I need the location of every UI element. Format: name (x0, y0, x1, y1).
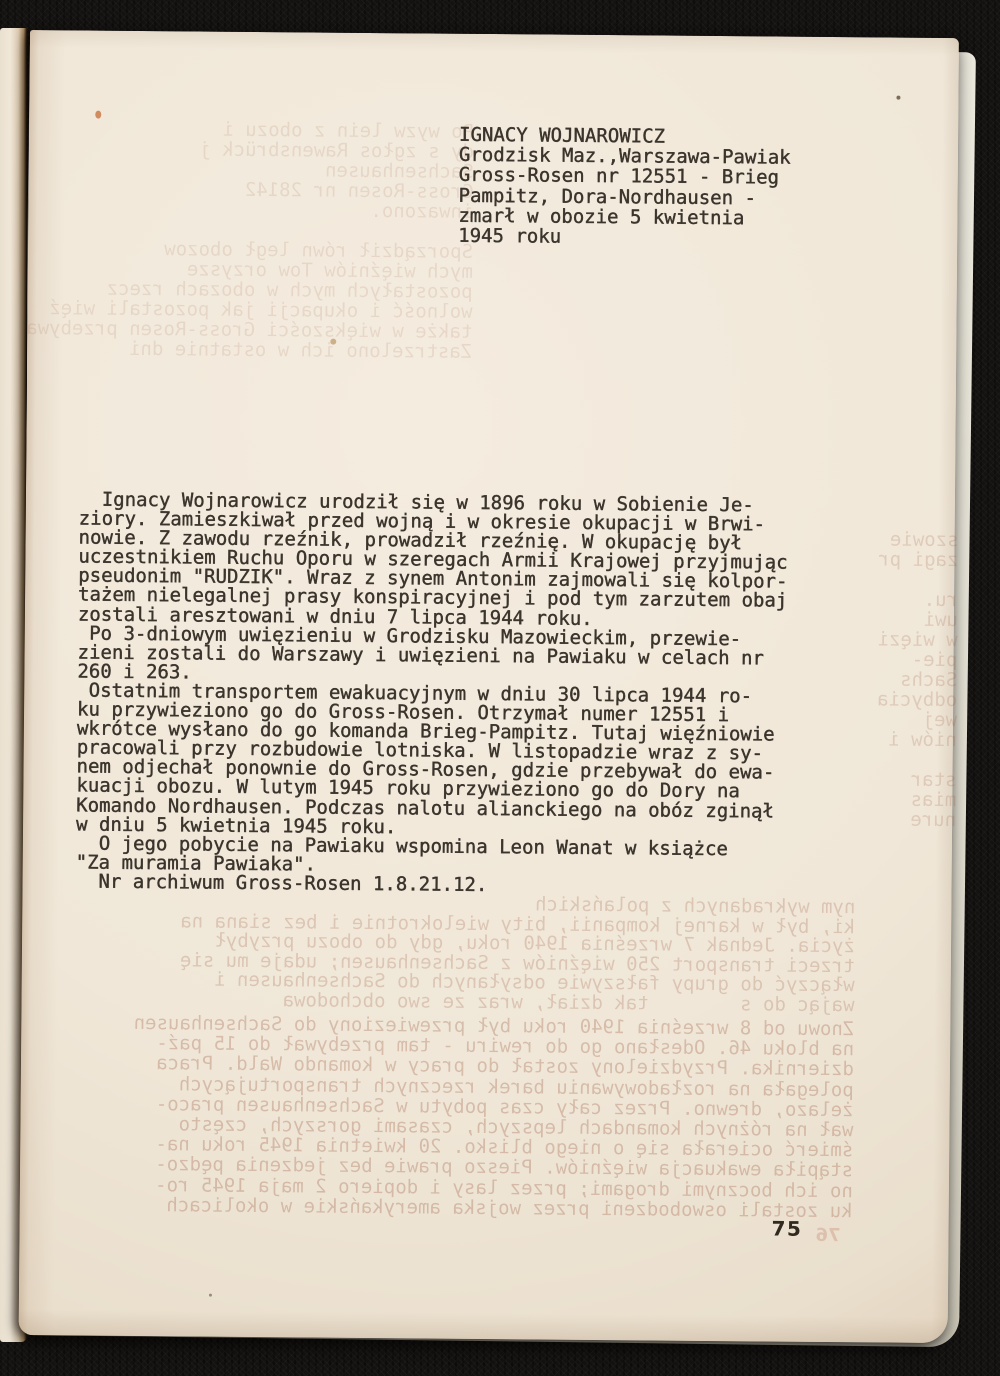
entry-body-text: Ignacy Wojnarowicz urodził się w 1896 ro… (75, 490, 788, 897)
text-line (840, 569, 958, 590)
paper-speck (209, 1294, 212, 1297)
page-number: 75 (771, 1217, 802, 1241)
text-line: niów i (839, 729, 957, 750)
text-line: star (838, 769, 956, 790)
text-line (839, 749, 957, 770)
entry-header: IGNACY WOJNAROWICZGrodzisk Maz.,Warszawa… (458, 125, 791, 249)
paper-speck (896, 96, 900, 100)
text-line: w więzi (840, 629, 958, 650)
text-line: uwi (840, 609, 958, 630)
text-line: 1945 roku (458, 226, 790, 249)
paper-speck (95, 111, 101, 119)
bleedthrough-text-bottom: Znowu od 8 września 1940 roku był przewi… (78, 1012, 855, 1221)
text-line: nure (838, 809, 956, 830)
bleedthrough-page-number: 76 (815, 1225, 840, 1246)
text-line: Zastrzelono ich w ostatnie dni (92, 339, 472, 362)
text-line: wając do s tak dział, wraz ze swo obchod… (79, 989, 854, 1015)
scanned-book-photo: Po wyzw lein z obozu idy s zgłos Rawensb… (0, 0, 1000, 1376)
text-line: ku zostali oswobodzeni przez wojska amer… (78, 1194, 853, 1221)
text-line: szowie (841, 529, 959, 550)
book-page: Po wyzw lein z obozu idy s zgłos Rawensb… (19, 30, 959, 1343)
paper-speck (330, 339, 336, 345)
bleedthrough-text-top: Po wyzw lein z obozu idy s zgłos Rawensb… (92, 119, 474, 362)
text-line: ru. (840, 589, 958, 610)
text-line: pie- (839, 649, 957, 670)
text-line: zagi pr (840, 549, 958, 570)
text-line: mias (838, 789, 956, 810)
text-line: Sachs (839, 669, 957, 690)
bleedthrough-text-middle: nym wykradanych z polańskichki, był w ka… (79, 891, 855, 1015)
bleedthrough-text-right-margin: szowiezagi pr ru.uwiw więzipie-Sachsodby… (838, 529, 959, 830)
text-line: wej (839, 709, 957, 730)
text-line: odbycia (839, 689, 957, 710)
